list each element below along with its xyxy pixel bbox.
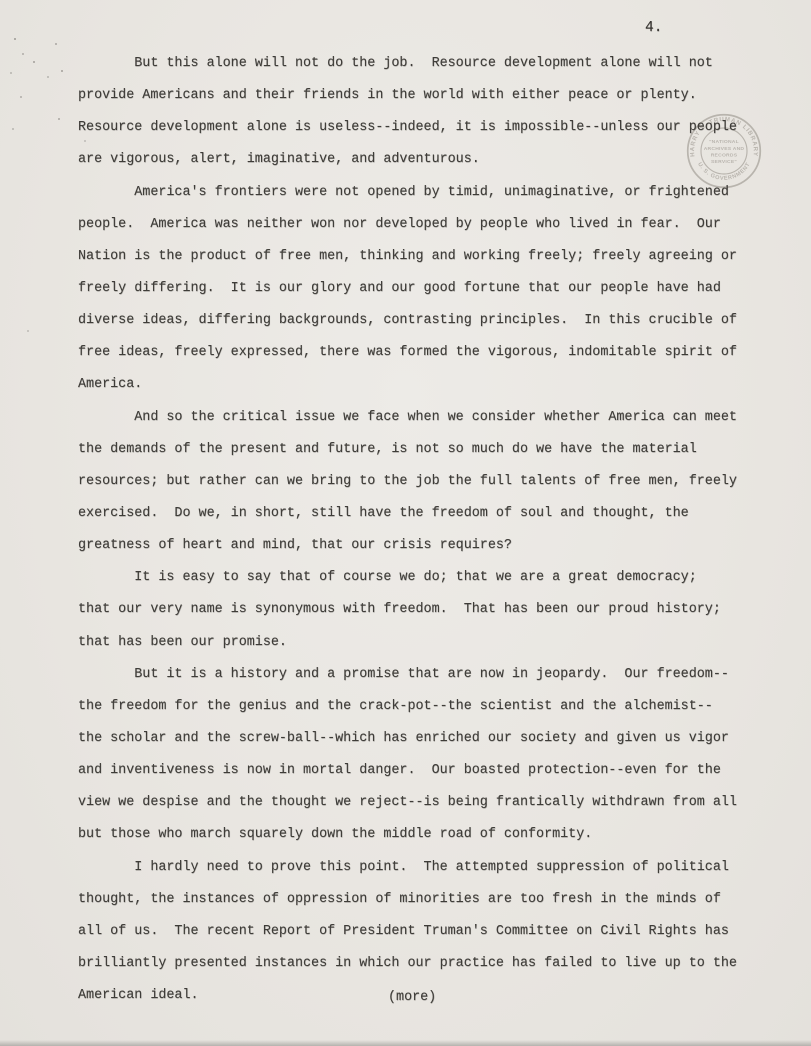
text-line: freely differing. It is our glory and ou…: [78, 273, 758, 305]
text-line: brilliantly presented instances in which…: [78, 948, 758, 980]
text-line: the demands of the present and future, i…: [78, 434, 758, 466]
text-line: exercised. Do we, in short, still have t…: [78, 498, 758, 530]
text-line: But it is a history and a promise that a…: [78, 659, 758, 691]
text-line: Resource development alone is useless--i…: [78, 112, 758, 144]
text-line: It is easy to say that of course we do; …: [78, 562, 758, 594]
text-line: and inventiveness is now in mortal dange…: [78, 755, 758, 787]
text-line: are vigorous, alert, imaginative, and ad…: [78, 144, 758, 176]
text-line: America.: [78, 369, 758, 401]
text-line: I hardly need to prove this point. The a…: [78, 852, 758, 884]
text-line: greatness of heart and mind, that our cr…: [78, 530, 758, 562]
page-number: 4.: [645, 20, 662, 36]
text-line: But this alone will not do the job. Reso…: [78, 48, 758, 80]
document-page: 4. HARRY S. TRUMAN LIBRARY U. S. GOVERNM…: [0, 0, 811, 1046]
text-line: And so the critical issue we face when w…: [78, 402, 758, 434]
text-line: resources; but rather can we bring to th…: [78, 466, 758, 498]
text-line: all of us. The recent Report of Presiden…: [78, 916, 758, 948]
text-line: America's frontiers were not opened by t…: [78, 177, 758, 209]
text-line: people. America was neither won nor deve…: [78, 209, 758, 241]
paper-specks: [0, 0, 2, 2]
more-marker: (more): [388, 990, 436, 1005]
scan-bottom-edge: [0, 1040, 811, 1046]
text-line: the freedom for the genius and the crack…: [78, 691, 758, 723]
text-line: free ideas, freely expressed, there was …: [78, 337, 758, 369]
typed-text-body: But this alone will not do the job. Reso…: [78, 48, 758, 1012]
text-line: that has been our promise.: [78, 627, 758, 659]
text-line: diverse ideas, differing backgrounds, co…: [78, 305, 758, 337]
text-line: thought, the instances of oppression of …: [78, 884, 758, 916]
text-line: Nation is the product of free men, think…: [78, 241, 758, 273]
text-line: provide Americans and their friends in t…: [78, 80, 758, 112]
text-line: the scholar and the screw-ball--which ha…: [78, 723, 758, 755]
text-line: view we despise and the thought we rejec…: [78, 787, 758, 819]
text-line: but those who march squarely down the mi…: [78, 819, 758, 851]
text-line: that our very name is synonymous with fr…: [78, 594, 758, 626]
